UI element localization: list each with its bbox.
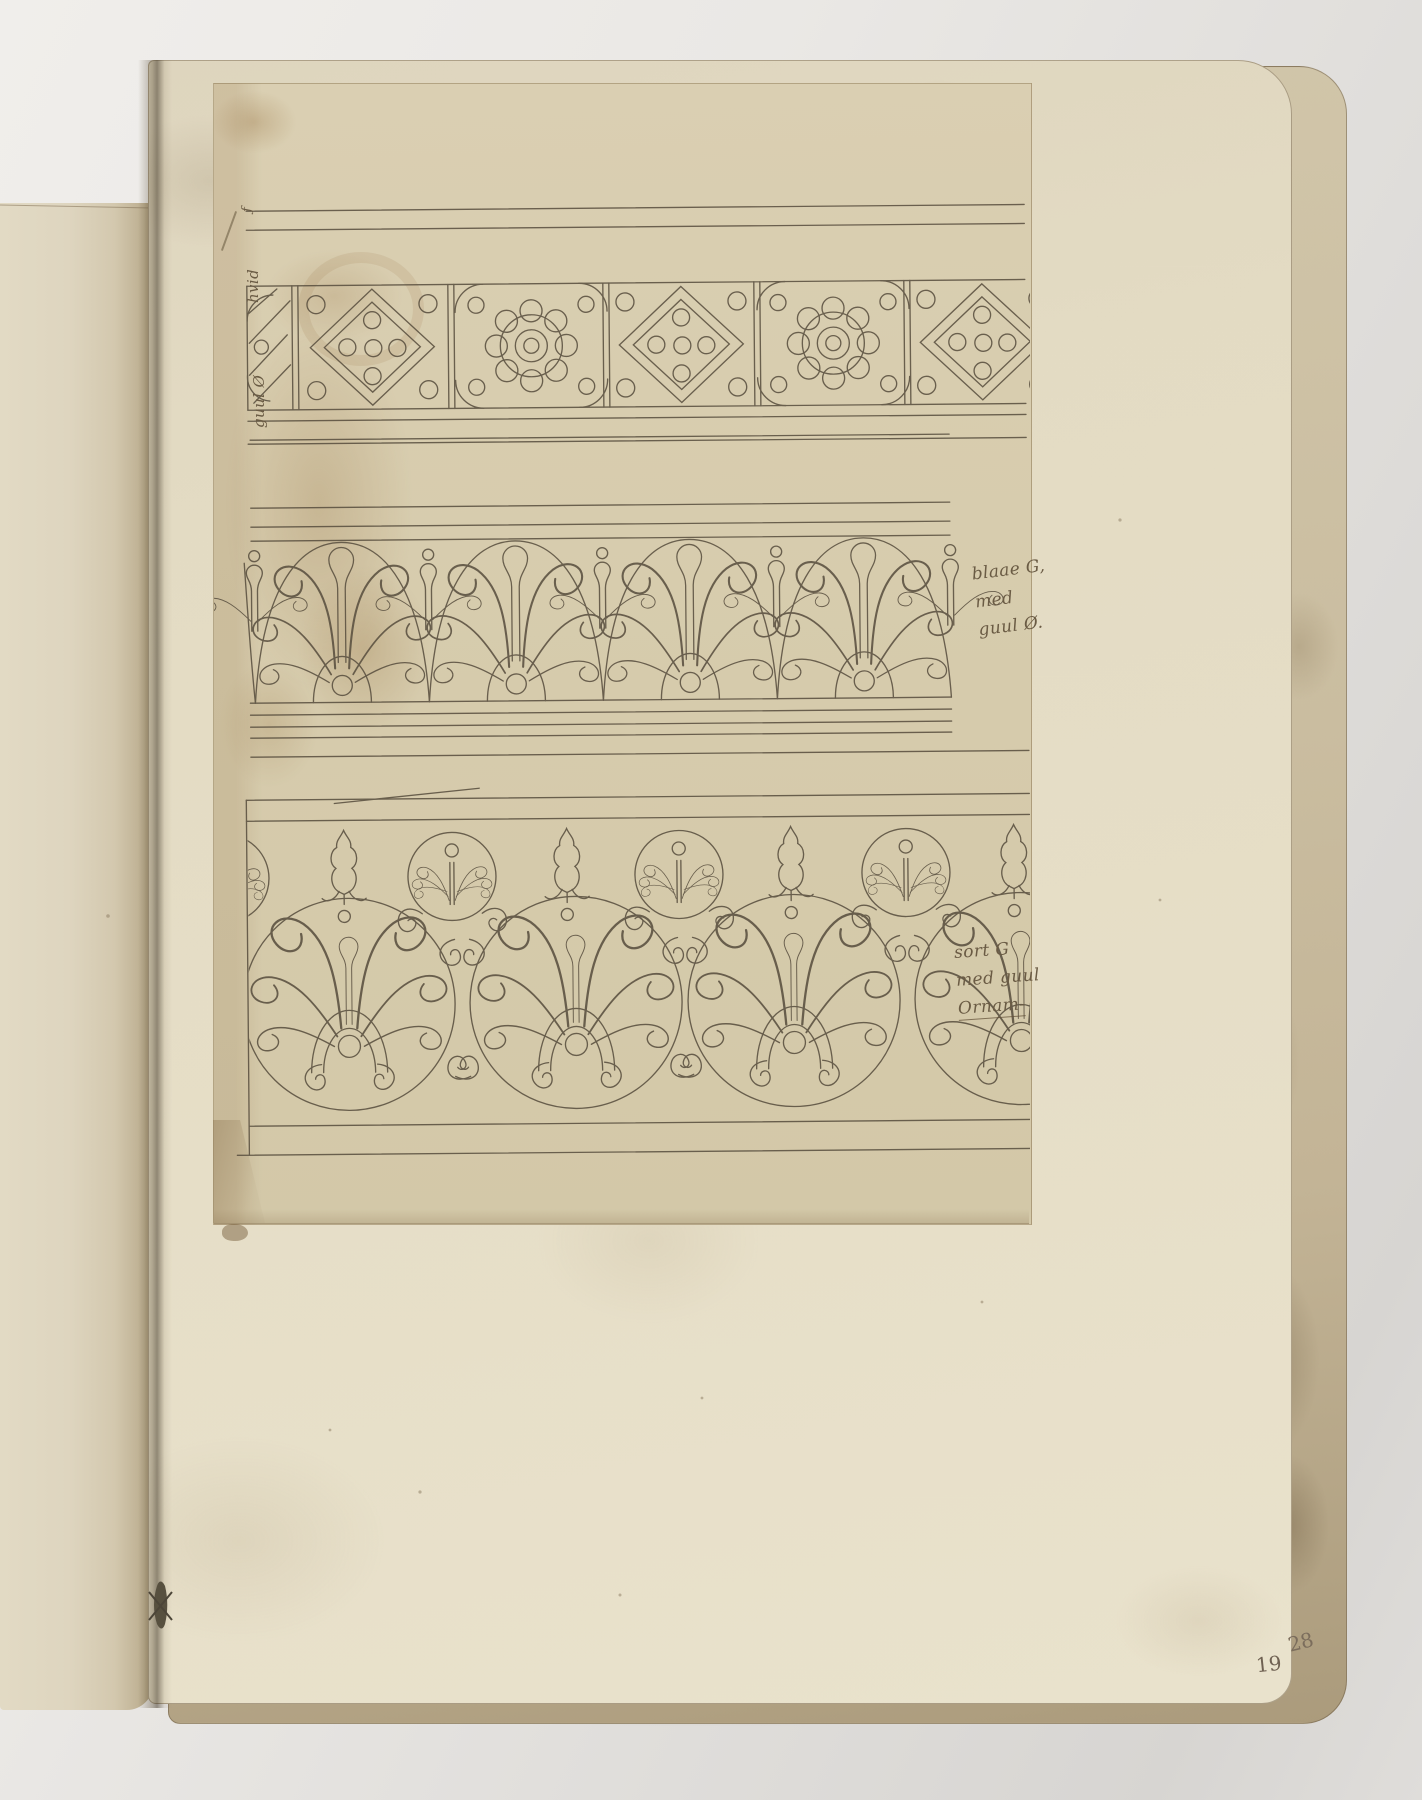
frieze-band-anthemion — [198, 433, 1029, 757]
middle-band-note: blaae G, med guul Ø. — [970, 552, 1053, 644]
note-line: med guul — [955, 961, 1041, 995]
paper-specks — [106, 518, 1161, 1596]
vertical-color-note-2: guul Ø — [250, 375, 268, 428]
binding-stitch — [149, 1582, 172, 1629]
ornament-drawing — [0, 0, 1422, 1800]
page-number-recto: 19 — [1255, 1651, 1283, 1678]
bottom-band-note: sort G med guul Ornam- — [953, 933, 1043, 1023]
note-line-underlined: Ornam- — [957, 994, 1026, 1021]
vertical-color-note-1: hvid — [244, 269, 262, 303]
frieze-band-diamond-rosette — [246, 204, 1048, 444]
corner-mark: ƒ — [240, 207, 255, 212]
note-line: Ornam- — [957, 989, 1043, 1023]
